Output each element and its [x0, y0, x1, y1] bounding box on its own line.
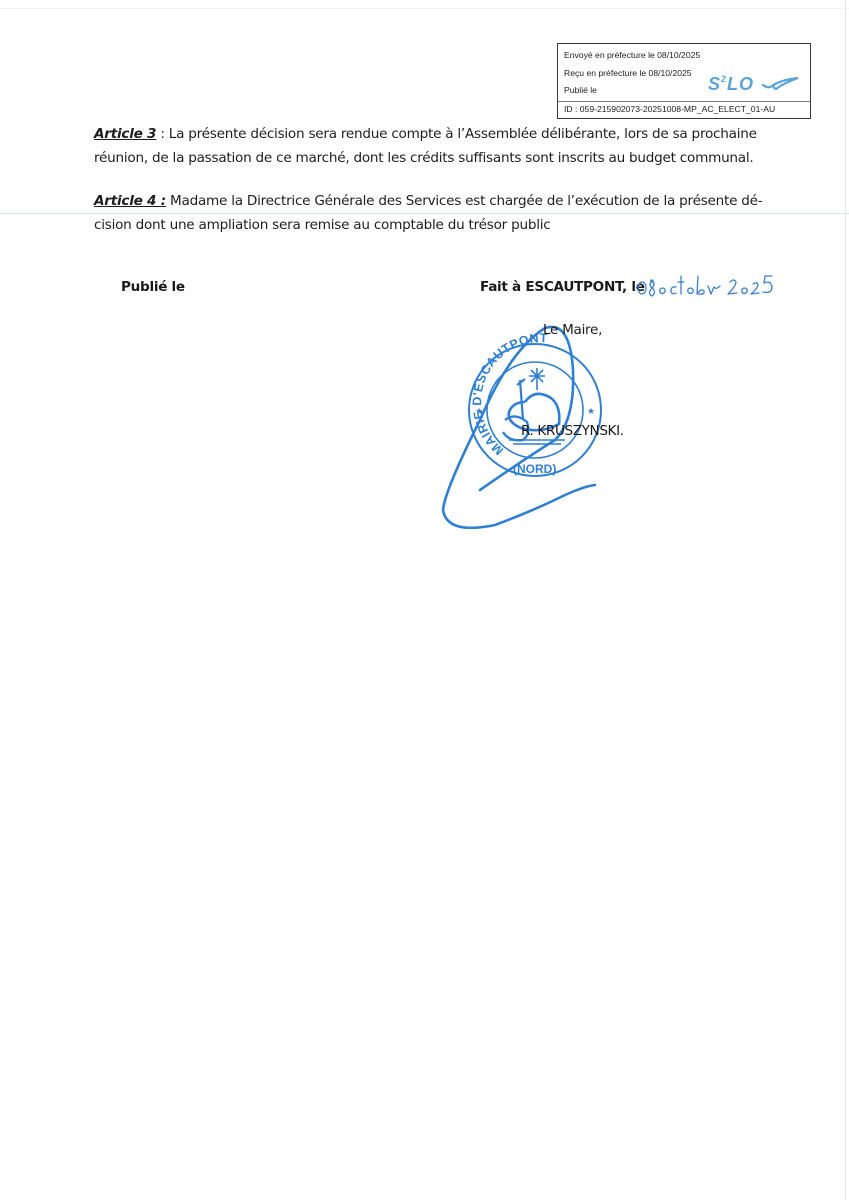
article-3: Article 3 : La présente décision sera re… — [94, 122, 774, 170]
article-4-line-1: Article 4 : Madame la Directrice Général… — [94, 189, 774, 213]
logo-lo: LO — [727, 74, 754, 94]
article-3-text-1: La présente décision sera rendue compte … — [169, 126, 757, 142]
logo-s: S — [708, 74, 721, 94]
handwritten-date-ink — [636, 268, 781, 300]
article-3-line-1: Article 3 : La présente décision sera re… — [94, 122, 774, 146]
scan-artifact-edge — [845, 0, 846, 1200]
s2lo-logo: S2LO — [708, 74, 754, 95]
article-3-sep: : — [156, 126, 168, 142]
mayor-name: R. KRUSZYNSKI. — [521, 423, 624, 439]
mayor-title: Le Maire, — [543, 322, 602, 338]
article-4-label: Article 4 : — [94, 193, 166, 209]
article-4-line-2: cision dont une ampliation sera remise a… — [94, 213, 774, 237]
scan-artifact-top — [0, 8, 849, 9]
handwritten-date — [636, 268, 781, 306]
act-id: ID : 059-215902073-20251008-MP_AC_ELECT_… — [558, 101, 810, 118]
published-label: Publié le — [121, 279, 185, 295]
made-at-label: Fait à ESCAUTPONT, le — [480, 279, 645, 295]
article-4-text-1: Madame la Directrice Générale des Servic… — [170, 193, 762, 209]
article-3-label: Article 3 — [94, 126, 156, 142]
article-3-line-2: réunion, de la passation de ce marché, d… — [94, 146, 774, 170]
checkmark-icon — [762, 77, 800, 91]
article-4: Article 4 : Madame la Directrice Général… — [94, 189, 774, 237]
prefecture-stamp: Envoyé en préfecture le 08/10/2025 Reçu … — [557, 43, 811, 119]
sent-date: Envoyé en préfecture le 08/10/2025 — [564, 48, 810, 66]
seal-star-right: ★ — [587, 406, 595, 416]
